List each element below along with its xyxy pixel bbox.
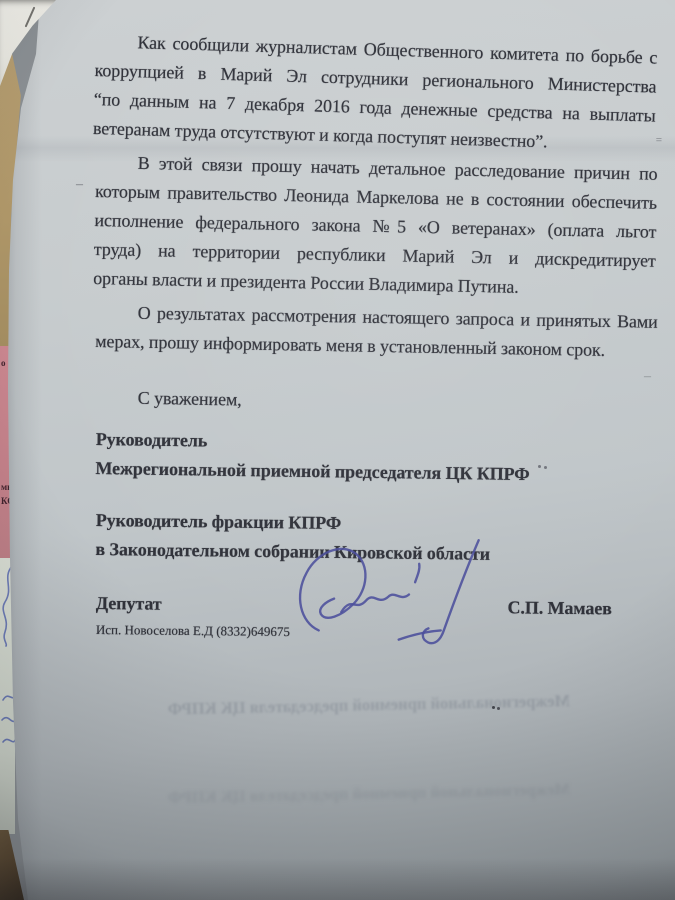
closing-line: С уважением, xyxy=(95,383,657,422)
letter-line-text: мерах, прошу информировать меня в устано… xyxy=(95,331,605,360)
ink-dot xyxy=(497,707,500,710)
ink-dot xyxy=(492,706,495,709)
photographed-letter: о мь КО Как сообщили журналистам Обществ… xyxy=(0,0,675,900)
signer-name: С.П. Мамаев xyxy=(507,593,612,623)
margin-dash-mark: – xyxy=(76,180,83,190)
paragraph: В этой связи прошу начать детальное расс… xyxy=(93,148,658,305)
edge-paper-text-fragment: о xyxy=(1,358,6,368)
signer-title-block: Руководитель Межрегиональной приемной пр… xyxy=(95,425,658,491)
table-corner xyxy=(0,830,24,900)
letter-line-text: О результатах рассмотрения настоящего за… xyxy=(138,303,658,332)
ink-dot xyxy=(544,466,547,469)
paragraph: Как сообщили журналистам Общественного к… xyxy=(93,27,658,160)
margin-dash-mark: = xyxy=(656,137,662,145)
signer-position: Депутат xyxy=(96,589,162,619)
ink-dot xyxy=(538,465,541,468)
handwritten-signature xyxy=(288,535,493,650)
paragraph: О результатах рассмотрения настоящего за… xyxy=(95,298,658,366)
margin-dash-mark: – xyxy=(644,372,651,382)
letter-line-text: органы власти и президента России Владим… xyxy=(93,268,519,297)
